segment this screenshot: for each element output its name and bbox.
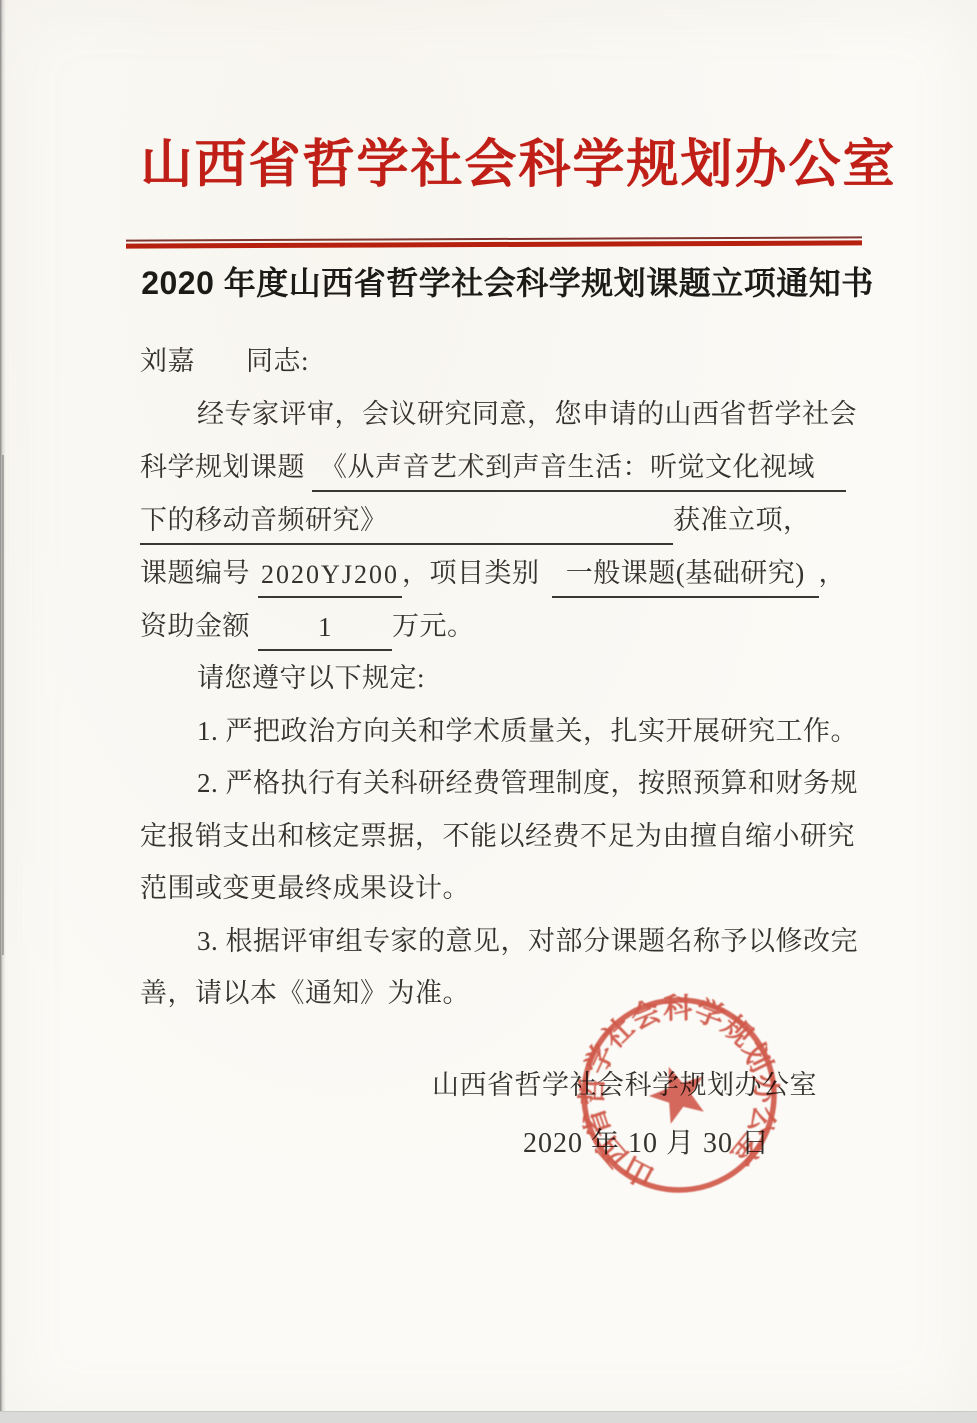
salutation-suffix: 同志: xyxy=(246,339,309,386)
rule-3-line-1: 3. 根据评审组专家的意见，对部分课题名称予以修改完 xyxy=(140,924,846,966)
project-number-line: 课题编号 2020YJ200 ，项目类别 一般课题(基础研究) ， xyxy=(140,556,846,598)
project-title-text-1: 《从声音艺术到声音生活：听觉文化视域 xyxy=(320,452,815,482)
rule-2-line-1: 2. 严格执行有关科研经费管理制度，按照预算和财务规 xyxy=(140,766,846,808)
funding-line: 资助金额 1 万元。 xyxy=(140,609,846,651)
signature-date: 2020 年 10 月 30 日 xyxy=(523,1121,770,1161)
funding-unit: 万元。 xyxy=(392,604,475,651)
approved-text: 获准立项， xyxy=(673,498,811,545)
project-title-text-2: 下的移动音频研究》 xyxy=(140,505,388,535)
trailing-comma: ， xyxy=(819,551,847,598)
scan-edge-bottom xyxy=(0,1411,977,1423)
document-title: 2020 年度山西省哲学社会科学规划课题立项通知书 xyxy=(128,260,887,306)
rule-2-text-1: 2. 严格执行有关科研经费管理制度，按照预算和财务规 xyxy=(197,761,858,808)
rule-2-text-3: 范围或变更最终成果设计。 xyxy=(140,866,470,913)
signature-org-name: 山西省哲学社会科学规划办公室 xyxy=(432,1062,817,1102)
project-number-value: 2020YJ200 xyxy=(258,560,402,598)
rule-3-text-2: 善，请以本《通知》为准。 xyxy=(140,971,470,1018)
scanned-notice-document: 山西省哲学社会科学规划办公室 2020 年度山西省哲学社会科学规划课题立项通知书… xyxy=(0,0,977,1423)
rules-intro-line: 请您遵守以下规定: xyxy=(140,661,846,703)
project-title-blank-2: 下的移动音频研究》 xyxy=(140,498,673,545)
recipient-name: 刘嘉 xyxy=(140,339,195,386)
rule-2-line-3: 范围或变更最终成果设计。 xyxy=(140,871,846,913)
project-type-label: ，项目类别 xyxy=(402,551,552,598)
letterhead-org-title: 山西省哲学社会科学规划办公室 xyxy=(128,128,909,204)
rules-intro-text: 请您遵守以下规定: xyxy=(197,656,425,703)
salutation-line: 刘嘉 同志: xyxy=(140,344,846,386)
rule-2-line-2: 定报销支出和核定票据，不能以经费不足为由擅自缩小研究 xyxy=(140,819,846,861)
rule-1-line: 1. 严把政治方向关和学术质量关，扎实开展研究工作。 xyxy=(140,714,846,756)
rule-2-text-2: 定报销支出和核定票据，不能以经费不足为由擅自缩小研究 xyxy=(140,814,855,861)
project-title-line-1: 科学规划课题 《从声音艺术到声音生活：听觉文化视域 xyxy=(140,450,846,492)
funding-amount-value: 1 xyxy=(258,612,392,651)
project-title-blank-1: 《从声音艺术到声音生活：听觉文化视域 xyxy=(312,445,846,492)
intro-line-1: 经专家评审，会议研究同意，您申请的山西省哲学社会 xyxy=(140,397,846,439)
rule-1-text: 1. 严把政治方向关和学术质量关，扎实开展研究工作。 xyxy=(197,709,858,756)
project-title-label: 科学规划课题 xyxy=(140,445,312,492)
letterhead-divider xyxy=(126,236,862,248)
scan-edge-streak xyxy=(2,455,4,955)
project-type-value: 一般课题(基础研究) xyxy=(552,551,819,598)
rule-3-line-2: 善，请以本《通知》为准。 xyxy=(140,976,846,1018)
funding-label: 资助金额 xyxy=(140,604,258,651)
project-number-label: 课题编号 xyxy=(140,551,258,598)
intro-text-1: 经专家评审，会议研究同意，您申请的山西省哲学社会 xyxy=(197,392,857,439)
project-title-line-2: 下的移动音频研究》 获准立项， xyxy=(140,503,846,545)
rule-3-text-1: 3. 根据评审组专家的意见，对部分课题名称予以修改完 xyxy=(197,919,858,966)
